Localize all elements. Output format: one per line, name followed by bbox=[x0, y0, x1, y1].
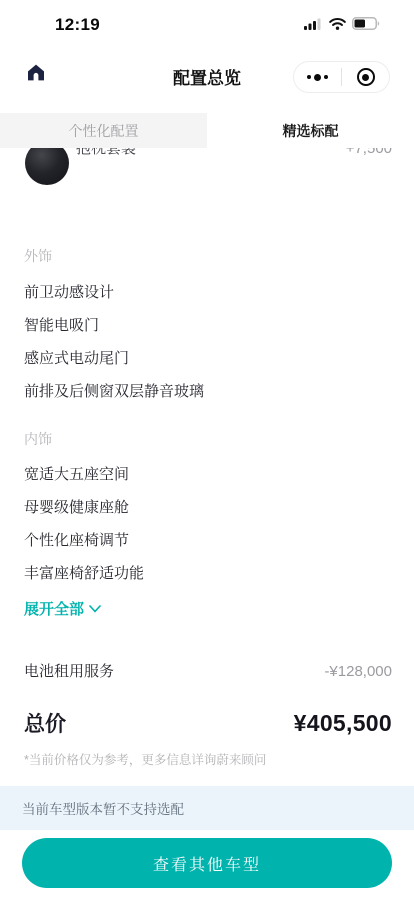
wifi-icon bbox=[329, 17, 346, 35]
feature-item: 个性化座椅调节 bbox=[24, 529, 129, 550]
total-price-label: 总价 bbox=[24, 708, 66, 738]
expand-all-label: 展开全部 bbox=[24, 598, 84, 619]
more-options-button[interactable] bbox=[294, 62, 341, 92]
status-icons bbox=[304, 17, 380, 35]
feature-item: 母婴级健康座舱 bbox=[24, 496, 129, 517]
nav-bar: 配置总览 bbox=[0, 50, 414, 100]
item-thumbnail bbox=[25, 148, 69, 185]
config-overview-screen: 12:19 bbox=[0, 0, 414, 900]
feature-item: 前卫动感设计 bbox=[24, 281, 114, 302]
exit-miniprogram-button[interactable] bbox=[342, 62, 389, 92]
total-price-value: ¥405,500 bbox=[294, 710, 392, 737]
feature-item: 智能电吸门 bbox=[24, 314, 99, 335]
item-price: +7,500 bbox=[346, 148, 392, 159]
tab-selected-standard[interactable]: 精选标配 bbox=[207, 113, 414, 148]
battery-rental-price: -¥128,000 bbox=[324, 663, 392, 680]
price-disclaimer: *当前价格仅为参考，更多信息详询蔚来顾问 bbox=[24, 750, 266, 768]
section-title-interior: 内饰 bbox=[24, 429, 52, 449]
item-name: 抱枕套装 bbox=[76, 148, 136, 159]
feature-item: 感应式电动尾门 bbox=[24, 347, 129, 368]
notice-banner: 当前车型版本暂不支持选配 bbox=[0, 786, 414, 830]
view-other-models-button[interactable]: 查看其他车型 bbox=[22, 838, 392, 888]
miniprogram-capsule bbox=[293, 61, 390, 93]
tab-bar: 个性化配置 精选标配 bbox=[0, 113, 414, 148]
section-title-exterior: 外饰 bbox=[24, 246, 52, 266]
feature-item: 前排及后侧窗双层静音玻璃 bbox=[24, 380, 204, 401]
clipped-list-item[interactable]: 抱枕套装 +7,500 bbox=[0, 148, 414, 186]
battery-rental-row: 电池租用服务 -¥128,000 bbox=[24, 660, 392, 681]
cellular-signal-icon bbox=[304, 17, 323, 35]
battery-icon bbox=[352, 17, 380, 35]
chevron-down-icon bbox=[89, 600, 101, 617]
total-price-row: 总价 ¥405,500 bbox=[24, 708, 392, 738]
expand-all-link[interactable]: 展开全部 bbox=[24, 598, 101, 619]
feature-item: 丰富座椅舒适功能 bbox=[24, 562, 144, 583]
status-time: 12:19 bbox=[55, 15, 100, 35]
exit-capsule-icon bbox=[357, 68, 375, 86]
battery-rental-label: 电池租用服务 bbox=[24, 660, 114, 681]
tab-personalized-config[interactable]: 个性化配置 bbox=[0, 113, 207, 148]
more-options-icon bbox=[307, 74, 328, 81]
status-bar: 12:19 bbox=[0, 0, 414, 50]
feature-item: 宽适大五座空间 bbox=[24, 463, 129, 484]
